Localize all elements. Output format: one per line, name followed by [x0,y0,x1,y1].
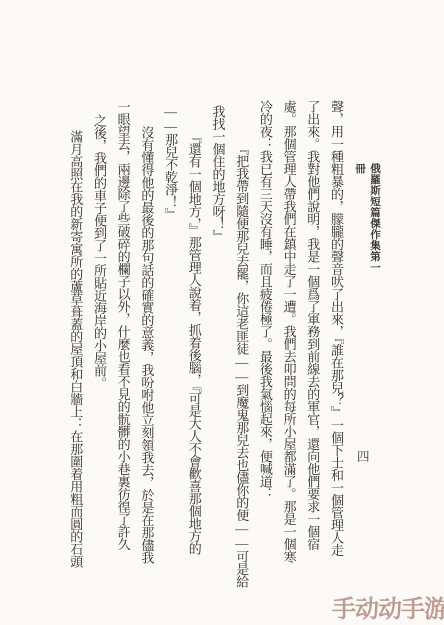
text-column: 『還有一個地方，』那管理人說着，抓着後腦，『可是大人不會歡喜那個地方的 [182,100,206,574]
page-number: 四 [357,447,370,465]
text-column: 了出來。我對他們說明，我是一個爲了軍務到前線去的軍官，還向他們要求一個宿 [301,100,325,574]
text-column: 一眼望去，兩邊除了些破碎的欄子以外，什麼也看不見的骯髒的小巷裏彷徨了許久 [111,100,135,574]
text-column: 沒有懂得他的最後的那句話的確實的意義，我吩咐他立刻領我去，於是在那儘我 [135,100,159,574]
text-column: 處。那個管理人帶我們在鎮中走了一遭。我們去叩問的每所小屋都滿了。那是一個寒 [277,100,301,574]
text-columns: 聲，用一種粗暴的，朦朧的聲音吠了出來，『誰在那兒？』一個下士和一個管理人走了出來… [63,100,348,574]
running-head-title: 俄羅斯短篇傑作集第一冊 [352,163,382,281]
text-column: 之後，我們的車子便到了一所貼近海岸的小屋前。 [87,100,111,574]
book-page: 俄羅斯短篇傑作集第一冊 四 聲，用一種粗暴的，朦朧的聲音吠了出來，『誰在那兒？』… [0,0,444,625]
text-column: 滿月高照在我的新寄寓所的蘆草葺蓋的屋頂和白牆上：在那圍着用粗而圓的石頭 [64,100,88,574]
text-column: 聲，用一種粗暴的，朦朧的聲音吠了出來，『誰在那兒？』一個下士和一個管理人走 [324,100,348,574]
watermark-text: 手动动手游 [332,589,444,624]
text-column: 冷的夜：我已有三天沒有睡，而且疲倦極了。最後我氣惱起來，便喊道： [253,100,277,574]
text-column: 我找一個住的地方呀！』 [206,100,230,574]
text-column: ——那兒不乾淨！』 [158,100,182,574]
text-column: 『把我帶到隨便那兒去罷，你這老匪徒——到魔鬼那兒去也儘你的便——可是給 [229,100,253,574]
